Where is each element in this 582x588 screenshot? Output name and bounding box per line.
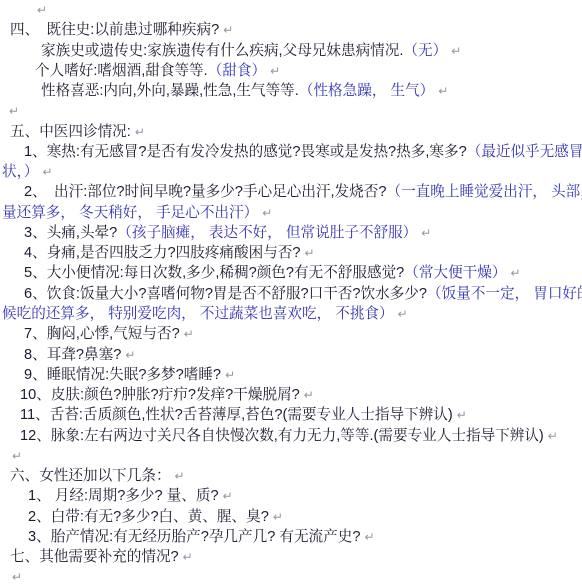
question-text: 性格喜恶:内向,外向,暴躁,性急,生气等等. xyxy=(41,83,299,99)
text-line: 7、胸闷,心悸,气短与否?↵ xyxy=(0,324,582,344)
text-line: 量还算多， 冬天稍好， 手足心不出汗）↵ xyxy=(0,203,582,223)
paragraph-mark-icon: ↵ xyxy=(364,530,374,544)
text-line: 5、大小便情况:每日次数,多少,稀稠?颜色?有无不舒服感觉?（常大便干燥）↵ xyxy=(0,263,582,283)
text-line: 10、皮肤:颜色?肿胀?疔疖?发痒?干燥脱屑?↵ xyxy=(0,385,582,405)
text-line: 四、 既往史:以前患过哪种疾病?↵ xyxy=(0,20,582,40)
answer-text: （一直晚上睡觉爱出汗， 头部， xyxy=(386,184,582,200)
question-text: 3、头痛,头晕? xyxy=(24,225,117,241)
question-text: 家族史或遗传史:家族遗传有什么疾病,父母兄妹患病情况. xyxy=(41,43,403,59)
paragraph-mark-icon: ↵ xyxy=(398,307,408,321)
paragraph-mark-icon: ↵ xyxy=(451,44,461,58)
question-text: 七、其他需要补充的情况? xyxy=(10,549,179,565)
paragraph-mark-icon: ↵ xyxy=(12,570,22,584)
paragraph-mark-icon: ↵ xyxy=(510,266,520,280)
question-text: 10、皮肤:颜色?肿胀?疔疖?发痒?干燥脱屑? xyxy=(20,387,300,403)
paragraph-mark-icon: ↵ xyxy=(273,510,283,524)
text-line: 家族史或遗传史:家族遗传有什么疾病,父母兄妹患病情况.（无）↵ xyxy=(0,41,582,61)
text-line: 6、饮食:饭量大小?喜嗜何物?胃是否不舒服?口干否?饮水多少?（饭量不一定， 胃… xyxy=(0,284,582,304)
paragraph-mark-icon: ↵ xyxy=(421,226,431,240)
paragraph-mark-icon: ↵ xyxy=(135,125,145,139)
paragraph-mark-icon: ↵ xyxy=(175,469,185,483)
paragraph-mark-icon: ↵ xyxy=(37,3,47,17)
paragraph-mark-icon: ↵ xyxy=(304,388,314,402)
paragraph-mark-icon: ↵ xyxy=(548,429,558,443)
text-line: ↵ xyxy=(0,446,582,466)
question-text: 8、耳聋?鼻塞? xyxy=(24,347,121,363)
text-line: ↵ xyxy=(0,0,582,20)
text-line: 1、 月经:周期?多少? 量、质?↵ xyxy=(0,486,582,506)
paragraph-mark-icon: ↵ xyxy=(12,449,22,463)
paragraph-mark-icon: ↵ xyxy=(184,327,194,341)
question-text: 3、胎产情况:有无经历胎产?孕几产几? 有无流产史? xyxy=(28,529,360,545)
text-line: 2、 出汗:部位?时间早晚?量多少?手心足心出汗,发烧否?（一直晚上睡觉爱出汗，… xyxy=(0,182,582,202)
question-text: 五、中医四诊情况: xyxy=(10,124,131,140)
paragraph-mark-icon: ↵ xyxy=(225,368,235,382)
text-line: 9、睡眠情况:失眠?多梦?嗜睡?↵ xyxy=(0,365,582,385)
answer-text: （无） xyxy=(403,43,447,59)
question-text: 2、 出汗:部位?时间早晚?量多少?手心足心出汗,发烧否? xyxy=(24,184,386,200)
text-line: 2、白带:有无?多少?白、黄、腥、臭?↵ xyxy=(0,507,582,527)
paragraph-mark-icon: ↵ xyxy=(223,489,233,503)
paragraph-mark-icon: ↵ xyxy=(262,206,272,220)
text-line: ↵ xyxy=(0,567,582,587)
answer-text: 候吃的还算多， 特别爱吃肉， 不过蔬菜也喜欢吃， 不挑食） xyxy=(2,306,394,322)
paragraph-mark-icon: ↵ xyxy=(457,408,467,422)
text-line: 8、耳聋?鼻塞?↵ xyxy=(0,345,582,365)
text-line: 七、其他需要补充的情况?↵ xyxy=(0,547,582,567)
answer-text: （性格急躁， 生气） xyxy=(299,83,434,99)
document-page: ↵四、 既往史:以前患过哪种疾病?↵家族史或遗传史:家族遗传有什么疾病,父母兄妹… xyxy=(0,0,582,588)
question-text: 12、脉象:左右两边寸关尺各自快慢次数,有力无力,等等.(需要专业人士指导下辨认… xyxy=(20,428,544,444)
paragraph-mark-icon: ↵ xyxy=(42,165,52,179)
text-line: 个人嗜好:嗜烟酒,甜食等等.（甜食）↵ xyxy=(0,61,582,81)
paragraph-mark-icon: ↵ xyxy=(438,84,448,98)
paragraph-mark-icon: ↵ xyxy=(125,348,135,362)
paragraph-mark-icon: ↵ xyxy=(305,246,315,260)
text-line: 状，）↵ xyxy=(0,162,582,182)
paragraph-mark-icon: ↵ xyxy=(270,64,280,78)
text-line: 3、胎产情况:有无经历胎产?孕几产几? 有无流产史?↵ xyxy=(0,527,582,547)
answer-text: 量还算多， 冬天稍好， 手足心不出汗） xyxy=(2,205,258,221)
text-line: 4、身痛,是否四肢乏力?四肢疼痛酸困与否?↵ xyxy=(0,243,582,263)
question-text: 六、女性还加以下几条： xyxy=(10,468,171,484)
answer-text: （孩子脑瘫， 表达不好， 但常说肚子不舒服） xyxy=(117,225,417,241)
paragraph-mark-icon: ↵ xyxy=(9,104,19,118)
question-text: 1、寒热:有无感冒?是否有发冷发热的感觉?畏寒或是发热?热多,寒多? xyxy=(24,144,467,160)
text-line: 1、寒热:有无感冒?是否有发冷发热的感觉?畏寒或是发热?热多,寒多?（最近似乎无… xyxy=(0,142,582,162)
question-text: 四、 既往史:以前患过哪种疾病? xyxy=(10,22,219,38)
paragraph-mark-icon: ↵ xyxy=(223,23,233,37)
question-text: 6、饮食:饭量大小?喜嗜何物?胃是否不舒服?口干否?饮水多少? xyxy=(24,286,427,302)
question-text: 9、睡眠情况:失眠?多梦?嗜睡? xyxy=(24,367,221,383)
text-line: ↵ xyxy=(0,101,582,121)
text-line: 3、头痛,头晕?（孩子脑瘫， 表达不好， 但常说肚子不舒服）↵ xyxy=(0,223,582,243)
question-text: 个人嗜好:嗜烟酒,甜食等等. xyxy=(35,63,208,79)
text-line: 11、舌苔:舌质颜色,性状?舌苔薄厚,苔色?(需要专业人士指导下辨认)↵ xyxy=(0,405,582,425)
question-text: 11、舌苔:舌质颜色,性状?舌苔薄厚,苔色?(需要专业人士指导下辨认) xyxy=(20,407,453,423)
question-text: 5、大小便情况:每日次数,多少,稀稠?颜色?有无不舒服感觉? xyxy=(24,265,404,281)
answer-text: （常大便干燥） xyxy=(404,265,506,281)
answer-text: 状，） xyxy=(2,164,38,180)
text-line: 候吃的还算多， 特别爱吃肉， 不过蔬菜也喜欢吃， 不挑食）↵ xyxy=(0,304,582,324)
question-text: 2、白带:有无?多少?白、黄、腥、臭? xyxy=(28,509,269,525)
text-line: 12、脉象:左右两边寸关尺各自快慢次数,有力无力,等等.(需要专业人士指导下辨认… xyxy=(0,426,582,446)
text-line: 六、女性还加以下几条：↵ xyxy=(0,466,582,486)
text-line: 五、中医四诊情况:↵ xyxy=(0,122,582,142)
paragraph-mark-icon: ↵ xyxy=(183,550,193,564)
answer-text: （饭量不一定， 胃口好的时 xyxy=(427,286,582,302)
text-line: 性格喜恶:内向,外向,暴躁,性急,生气等等.（性格急躁， 生气）↵ xyxy=(0,81,582,101)
answer-text: （甜食） xyxy=(208,63,266,79)
answer-text: （最近似乎无感冒症 xyxy=(467,144,582,160)
question-text: 7、胸闷,心悸,气短与否? xyxy=(24,326,180,342)
question-text: 4、身痛,是否四肢乏力?四肢疼痛酸困与否? xyxy=(24,245,301,261)
document-text-area: ↵四、 既往史:以前患过哪种疾病?↵家族史或遗传史:家族遗传有什么疾病,父母兄妹… xyxy=(0,0,582,588)
question-text: 1、 月经:周期?多少? 量、质? xyxy=(28,488,219,504)
